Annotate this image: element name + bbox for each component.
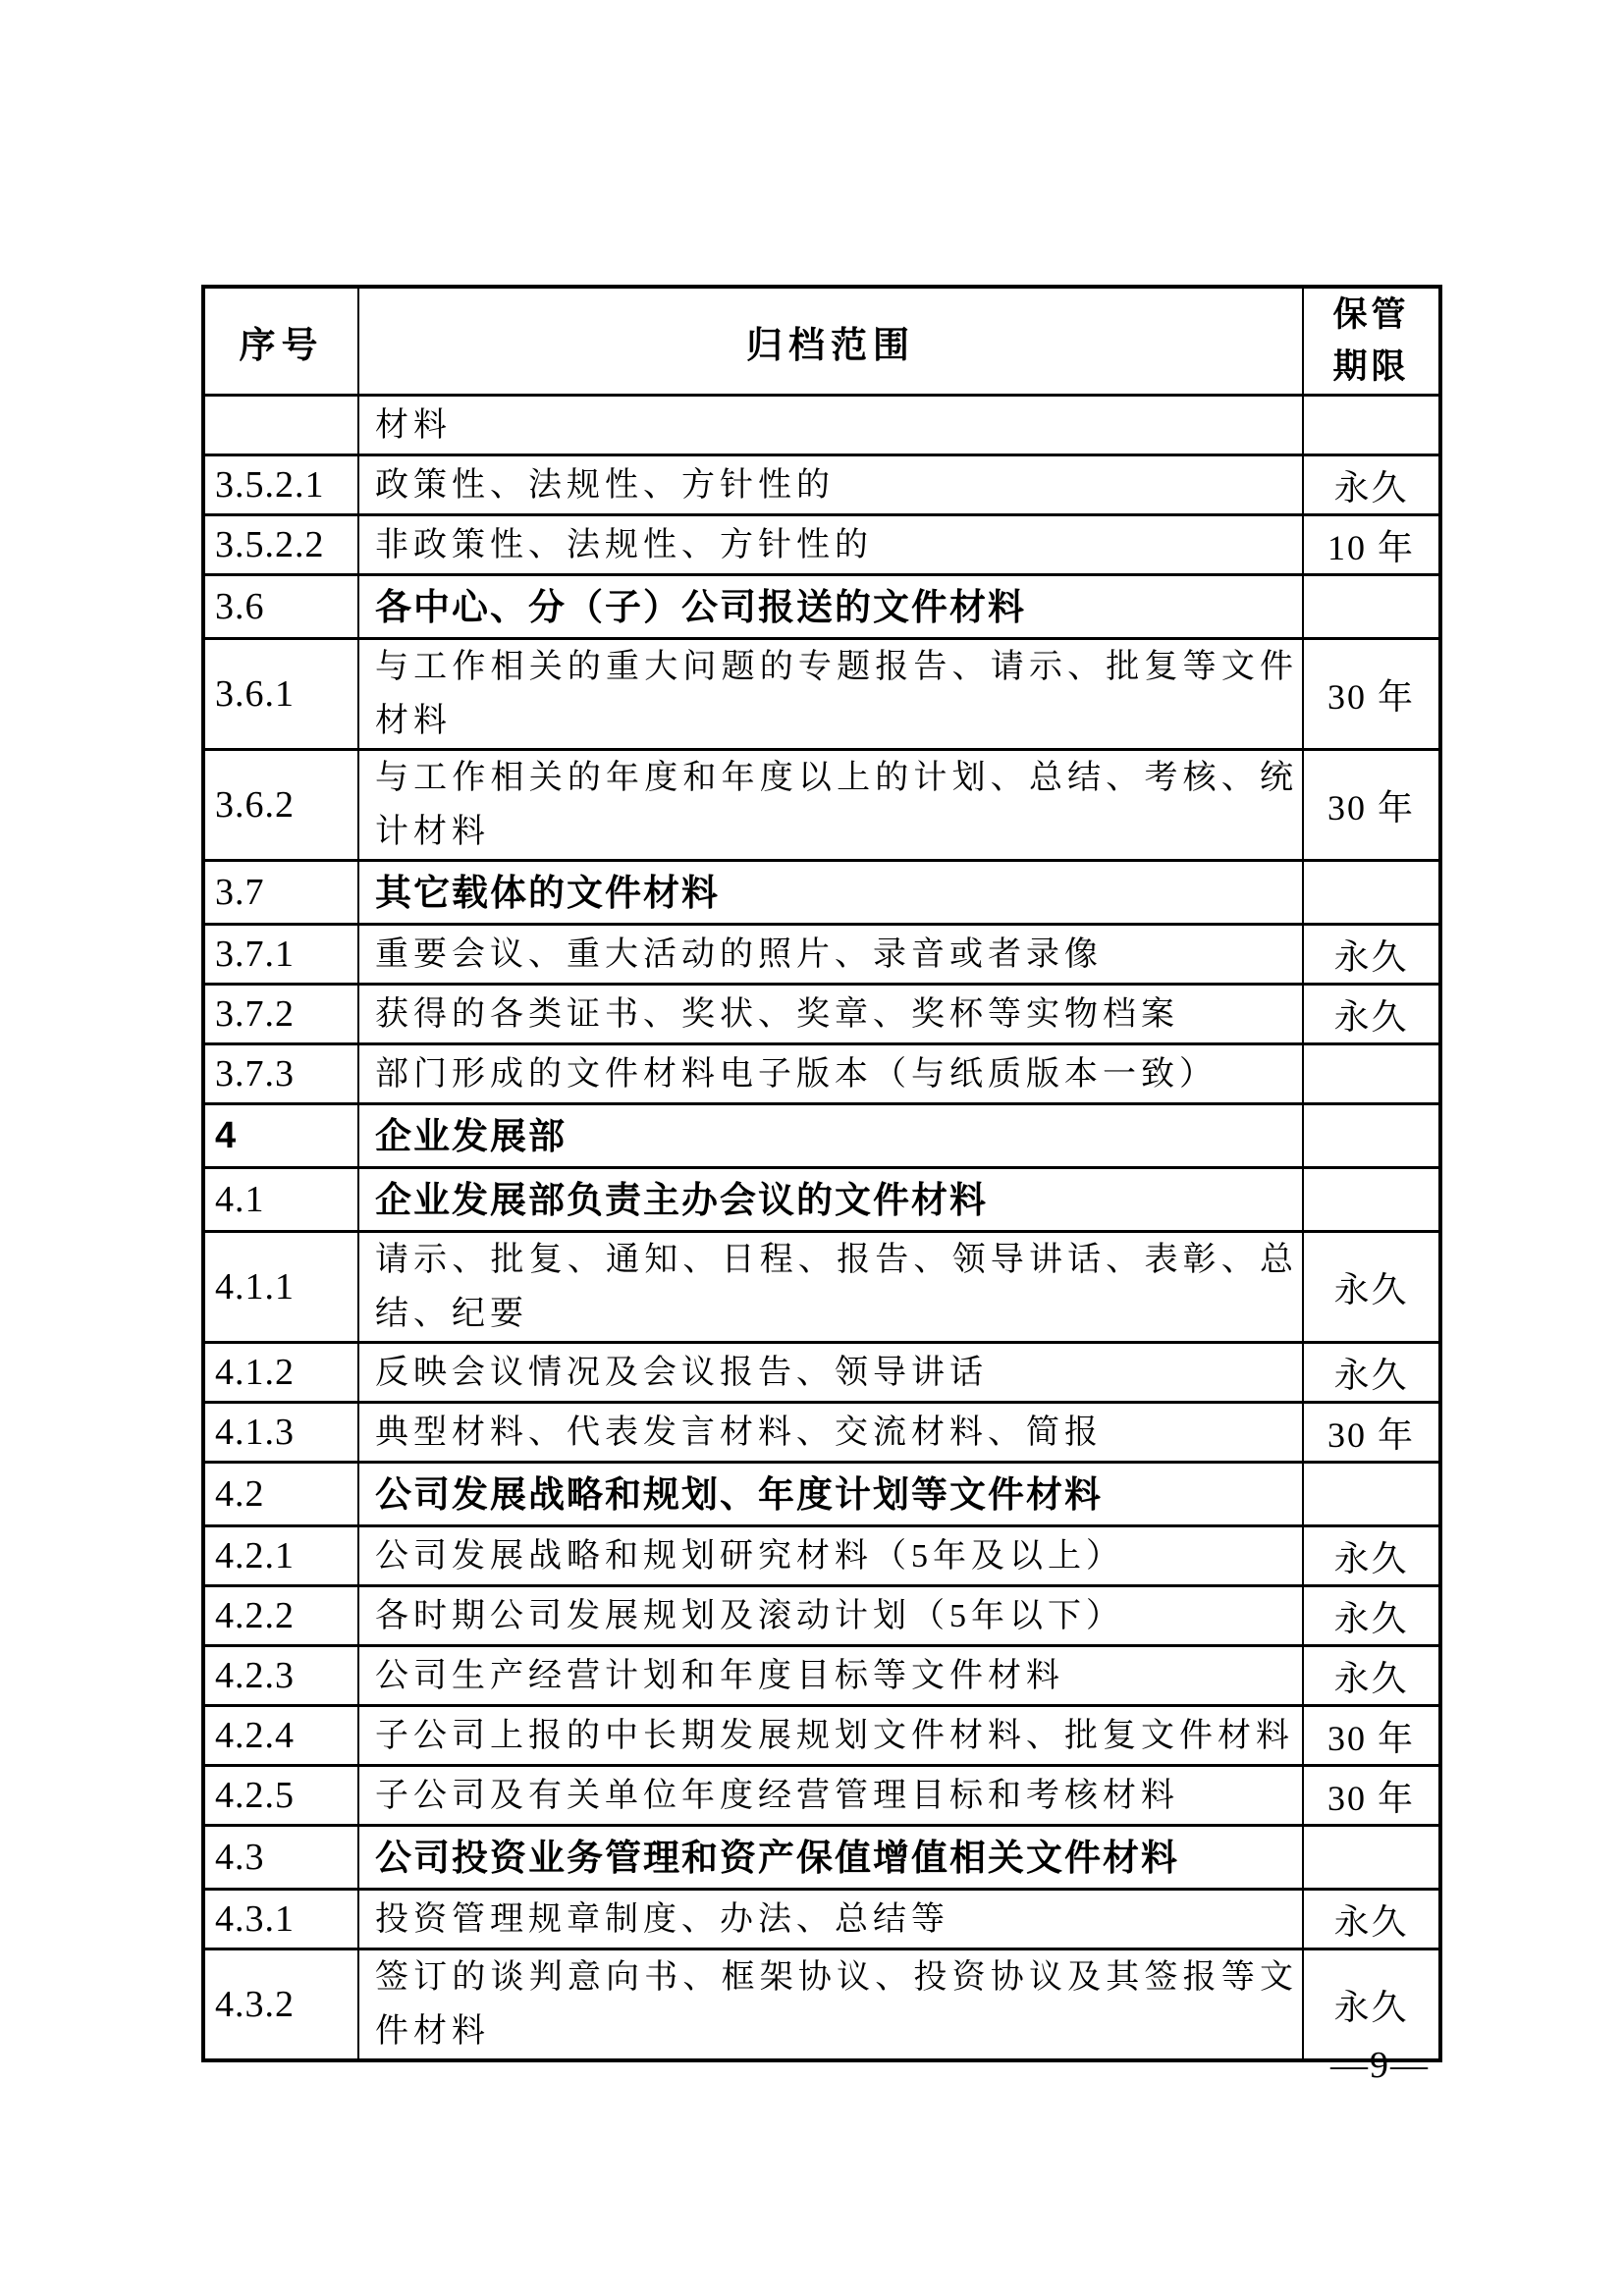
row-retention-cell: 永久: [1303, 1586, 1440, 1646]
row-index-cell: 4.3.1: [203, 1890, 358, 1949]
row-retention-cell: 30 年: [1303, 639, 1440, 750]
row-retention-cell: 永久: [1303, 985, 1440, 1044]
table-row: 4.2.2各时期公司发展规划及滚动计划（5年以下）永久: [203, 1586, 1440, 1646]
header-retention-line2: 期限: [1332, 347, 1409, 386]
table-row: 4.2.5子公司及有关单位年度经营管理目标和考核材料30 年: [203, 1766, 1440, 1826]
row-scope-cell: 签订的谈判意向书、框架协议、投资协议及其签报等文件材料: [358, 1949, 1303, 2061]
row-retention-cell: 10 年: [1303, 515, 1440, 575]
row-index-cell: 3.7: [203, 861, 358, 925]
row-index-cell: 4.1.2: [203, 1343, 358, 1403]
row-retention-cell: [1303, 575, 1440, 639]
row-retention-cell: 30 年: [1303, 750, 1440, 861]
row-retention-cell: 永久: [1303, 1343, 1440, 1403]
row-scope-cell: 企业发展部: [358, 1104, 1303, 1168]
row-index-cell: 3.6.2: [203, 750, 358, 861]
row-scope-cell: 子公司上报的中长期发展规划文件材料、批复文件材料: [358, 1706, 1303, 1766]
row-scope-cell: 典型材料、代表发言材料、交流材料、简报: [358, 1403, 1303, 1463]
row-index-cell: 4.2.1: [203, 1526, 358, 1586]
row-retention-cell: [1303, 396, 1440, 455]
document-page: 序号 归档范围 保管期限 材料3.5.2.1政策性、法规性、方针性的永久3.5.…: [0, 0, 1624, 2296]
header-retention: 保管期限: [1303, 287, 1440, 396]
row-retention-cell: 30 年: [1303, 1766, 1440, 1826]
header-index: 序号: [203, 287, 358, 396]
row-scope-cell: 公司发展战略和规划研究材料（5年及以上）: [358, 1526, 1303, 1586]
table-row: 4.2.4子公司上报的中长期发展规划文件材料、批复文件材料30 年: [203, 1706, 1440, 1766]
row-index-cell: 3.7.3: [203, 1044, 358, 1104]
row-index-cell: 3.6: [203, 575, 358, 639]
row-retention-cell: 永久: [1303, 1890, 1440, 1949]
row-scope-cell: 子公司及有关单位年度经营管理目标和考核材料: [358, 1766, 1303, 1826]
table-row: 4.1企业发展部负责主办会议的文件材料: [203, 1168, 1440, 1232]
row-scope-cell: 公司发展战略和规划、年度计划等文件材料: [358, 1463, 1303, 1526]
row-index-cell: 4.2.3: [203, 1646, 358, 1706]
row-index-cell: 3.7.2: [203, 985, 358, 1044]
row-scope-cell: 企业发展部负责主办会议的文件材料: [358, 1168, 1303, 1232]
row-index-cell: 4.1.3: [203, 1403, 358, 1463]
row-retention-cell: [1303, 861, 1440, 925]
row-index-cell: 3.5.2.1: [203, 455, 358, 515]
row-retention-cell: 30 年: [1303, 1706, 1440, 1766]
row-index-cell: 4.1: [203, 1168, 358, 1232]
row-scope-cell: 公司投资业务管理和资产保值增值相关文件材料: [358, 1826, 1303, 1890]
row-scope-cell: 反映会议情况及会议报告、领导讲话: [358, 1343, 1303, 1403]
row-retention-cell: 永久: [1303, 455, 1440, 515]
row-scope-cell: 与工作相关的重大问题的专题报告、请示、批复等文件材料: [358, 639, 1303, 750]
row-retention-cell: 30 年: [1303, 1403, 1440, 1463]
row-retention-cell: 永久: [1303, 1526, 1440, 1586]
table-row: 3.5.2.1政策性、法规性、方针性的永久: [203, 455, 1440, 515]
row-scope-cell: 重要会议、重大活动的照片、录音或者录像: [358, 925, 1303, 985]
table-row: 3.7.1重要会议、重大活动的照片、录音或者录像永久: [203, 925, 1440, 985]
row-index-cell: 4.3.2: [203, 1949, 358, 2061]
table-row: 4.1.3典型材料、代表发言材料、交流材料、简报30 年: [203, 1403, 1440, 1463]
row-index-cell: 4.2.5: [203, 1766, 358, 1826]
table-body: 材料3.5.2.1政策性、法规性、方针性的永久3.5.2.2非政策性、法规性、方…: [203, 396, 1440, 2061]
table-row: 3.5.2.2非政策性、法规性、方针性的10 年: [203, 515, 1440, 575]
table-row: 4.3公司投资业务管理和资产保值增值相关文件材料: [203, 1826, 1440, 1890]
row-scope-cell: 其它载体的文件材料: [358, 861, 1303, 925]
table-row: 3.6.1与工作相关的重大问题的专题报告、请示、批复等文件材料30 年: [203, 639, 1440, 750]
table-row: 3.6.2与工作相关的年度和年度以上的计划、总结、考核、统计材料30 年: [203, 750, 1440, 861]
row-index-cell: [203, 396, 358, 455]
table-row: 4.2.1公司发展战略和规划研究材料（5年及以上）永久: [203, 1526, 1440, 1586]
table-row: 4.2.3公司生产经营计划和年度目标等文件材料永久: [203, 1646, 1440, 1706]
row-index-cell: 3.6.1: [203, 639, 358, 750]
archive-scope-table: 序号 归档范围 保管期限 材料3.5.2.1政策性、法规性、方针性的永久3.5.…: [201, 285, 1442, 2062]
table-row: 4.3.1投资管理规章制度、办法、总结等永久: [203, 1890, 1440, 1949]
row-scope-cell: 材料: [358, 396, 1303, 455]
table-row: 4.2公司发展战略和规划、年度计划等文件材料: [203, 1463, 1440, 1526]
row-index-cell: 4.2.4: [203, 1706, 358, 1766]
row-index-cell: 3.5.2.2: [203, 515, 358, 575]
table-row: 4.3.2签订的谈判意向书、框架协议、投资协议及其签报等文件材料永久: [203, 1949, 1440, 2061]
row-index-cell: 4.3: [203, 1826, 358, 1890]
row-retention-cell: [1303, 1463, 1440, 1526]
header-retention-line1: 保管: [1332, 295, 1409, 334]
row-scope-cell: 政策性、法规性、方针性的: [358, 455, 1303, 515]
row-scope-cell: 与工作相关的年度和年度以上的计划、总结、考核、统计材料: [358, 750, 1303, 861]
table-row: 4.1.1请示、批复、通知、日程、报告、领导讲话、表彰、总结、纪要永久: [203, 1232, 1440, 1343]
row-index-cell: 4.2.2: [203, 1586, 358, 1646]
table-row: 4企业发展部: [203, 1104, 1440, 1168]
table-row: 3.6各中心、分（子）公司报送的文件材料: [203, 575, 1440, 639]
row-index-cell: 4.1.1: [203, 1232, 358, 1343]
row-retention-cell: [1303, 1044, 1440, 1104]
row-scope-cell: 各中心、分（子）公司报送的文件材料: [358, 575, 1303, 639]
table-row: 4.1.2反映会议情况及会议报告、领导讲话永久: [203, 1343, 1440, 1403]
table-row: 材料: [203, 396, 1440, 455]
row-index-cell: 4: [203, 1104, 358, 1168]
table-row: 3.7其它载体的文件材料: [203, 861, 1440, 925]
table-row: 3.7.2获得的各类证书、奖状、奖章、奖杯等实物档案永久: [203, 985, 1440, 1044]
row-retention-cell: [1303, 1104, 1440, 1168]
row-retention-cell: 永久: [1303, 925, 1440, 985]
row-scope-cell: 投资管理规章制度、办法、总结等: [358, 1890, 1303, 1949]
row-scope-cell: 各时期公司发展规划及滚动计划（5年以下）: [358, 1586, 1303, 1646]
row-scope-cell: 获得的各类证书、奖状、奖章、奖杯等实物档案: [358, 985, 1303, 1044]
row-index-cell: 3.7.1: [203, 925, 358, 985]
row-scope-cell: 请示、批复、通知、日程、报告、领导讲话、表彰、总结、纪要: [358, 1232, 1303, 1343]
header-scope: 归档范围: [358, 287, 1303, 396]
row-scope-cell: 非政策性、法规性、方针性的: [358, 515, 1303, 575]
row-retention-cell: [1303, 1826, 1440, 1890]
row-retention-cell: 永久: [1303, 1232, 1440, 1343]
row-retention-cell: 永久: [1303, 1646, 1440, 1706]
page-number: —9—: [1330, 2044, 1430, 2087]
row-scope-cell: 部门形成的文件材料电子版本（与纸质版本一致）: [358, 1044, 1303, 1104]
row-scope-cell: 公司生产经营计划和年度目标等文件材料: [358, 1646, 1303, 1706]
row-index-cell: 4.2: [203, 1463, 358, 1526]
table-row: 3.7.3部门形成的文件材料电子版本（与纸质版本一致）: [203, 1044, 1440, 1104]
table-header-row: 序号 归档范围 保管期限: [203, 287, 1440, 396]
row-retention-cell: [1303, 1168, 1440, 1232]
